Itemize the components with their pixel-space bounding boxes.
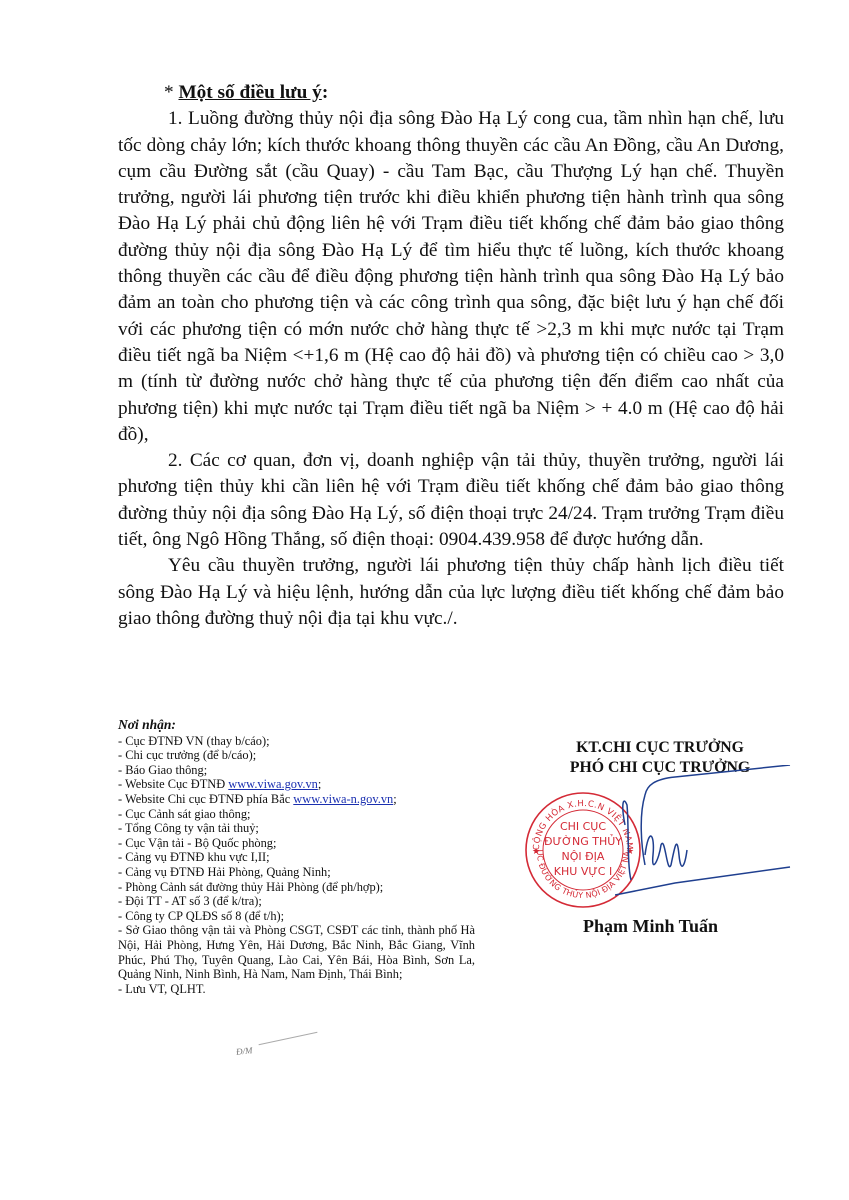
signer-name: Phạm Minh Tuấn — [583, 916, 718, 937]
recipient-item: - Sở Giao thông vận tải và Phòng CSGT, C… — [118, 923, 475, 981]
initials-mark: Đ/M — [236, 1045, 253, 1057]
recipients-title: Nơi nhận: — [118, 718, 475, 733]
website-link[interactable]: www.viwa.gov.vn — [228, 777, 318, 791]
recipient-item: - Đội TT - AT số 3 (để k/tra); — [118, 894, 475, 909]
website-link[interactable]: www.viwa-n.gov.vn — [293, 792, 393, 806]
recipient-item: - Phòng Cảnh sát đường thủy Hải Phòng (đ… — [118, 880, 475, 895]
note-paragraph-1: 1. Luồng đường thủy nội địa sông Đào Hạ … — [118, 106, 784, 448]
closing-paragraph: Yêu cầu thuyền trưởng, người lái phương … — [118, 553, 784, 632]
note-paragraph-2: 2. Các cơ quan, đơn vị, doanh nghiệp vận… — [118, 448, 784, 553]
recipients-list: Nơi nhận: - Cục ĐTNĐ VN (thay b/cáo);- C… — [118, 718, 475, 996]
svg-text:ĐƯỜNG THỦY: ĐƯỜNG THỦY — [544, 834, 622, 848]
recipient-item: - Cảng vụ ĐTNĐ khu vực I,II; — [118, 850, 475, 865]
svg-text:CHI CỤC: CHI CỤC — [560, 820, 606, 833]
recipient-item: - Cục Cảnh sát giao thông; — [118, 807, 475, 822]
recipient-item: - Website Cục ĐTNĐ www.viwa.gov.vn; — [118, 777, 475, 792]
recipient-item: - Cục Vận tải - Bộ Quốc phòng; — [118, 836, 475, 851]
recipient-item: - Công ty CP QLĐS số 8 (để t/h); — [118, 909, 475, 924]
initials-stroke — [259, 1032, 318, 1045]
recipient-item: - Website Chi cục ĐTNĐ phía Bắc www.viwa… — [118, 792, 475, 807]
recipient-item: - Cảng vụ ĐTNĐ Hải Phòng, Quảng Ninh; — [118, 865, 475, 880]
notes-heading-text: Một số điều lưu ý — [178, 82, 321, 103]
recipient-item: - Báo Giao thông; — [118, 763, 475, 778]
svg-text:KHU VỰC I: KHU VỰC I — [554, 865, 612, 878]
svg-text:★: ★ — [532, 846, 540, 856]
recipient-item: - Lưu VT, QLHT. — [118, 982, 475, 997]
notes-section: * Một số điều lưu ý: 1. Luồng đường thủy… — [118, 80, 784, 632]
recipient-item: - Chi cục trưởng (để b/cáo); — [118, 748, 475, 763]
recipient-item: - Cục ĐTNĐ VN (thay b/cáo); — [118, 734, 475, 749]
recipient-items: - Cục ĐTNĐ VN (thay b/cáo);- Chi cục trư… — [118, 734, 475, 997]
signature-title-line1: KT.CHI CỤC TRƯỞNG — [540, 738, 780, 758]
handwritten-signature — [615, 765, 795, 905]
svg-text:NỘI ĐỊA: NỘI ĐỊA — [562, 850, 605, 863]
recipient-item: - Tổng Công ty vận tải thuỷ; — [118, 821, 475, 836]
notes-heading: * Một số điều lưu ý: — [118, 80, 784, 106]
